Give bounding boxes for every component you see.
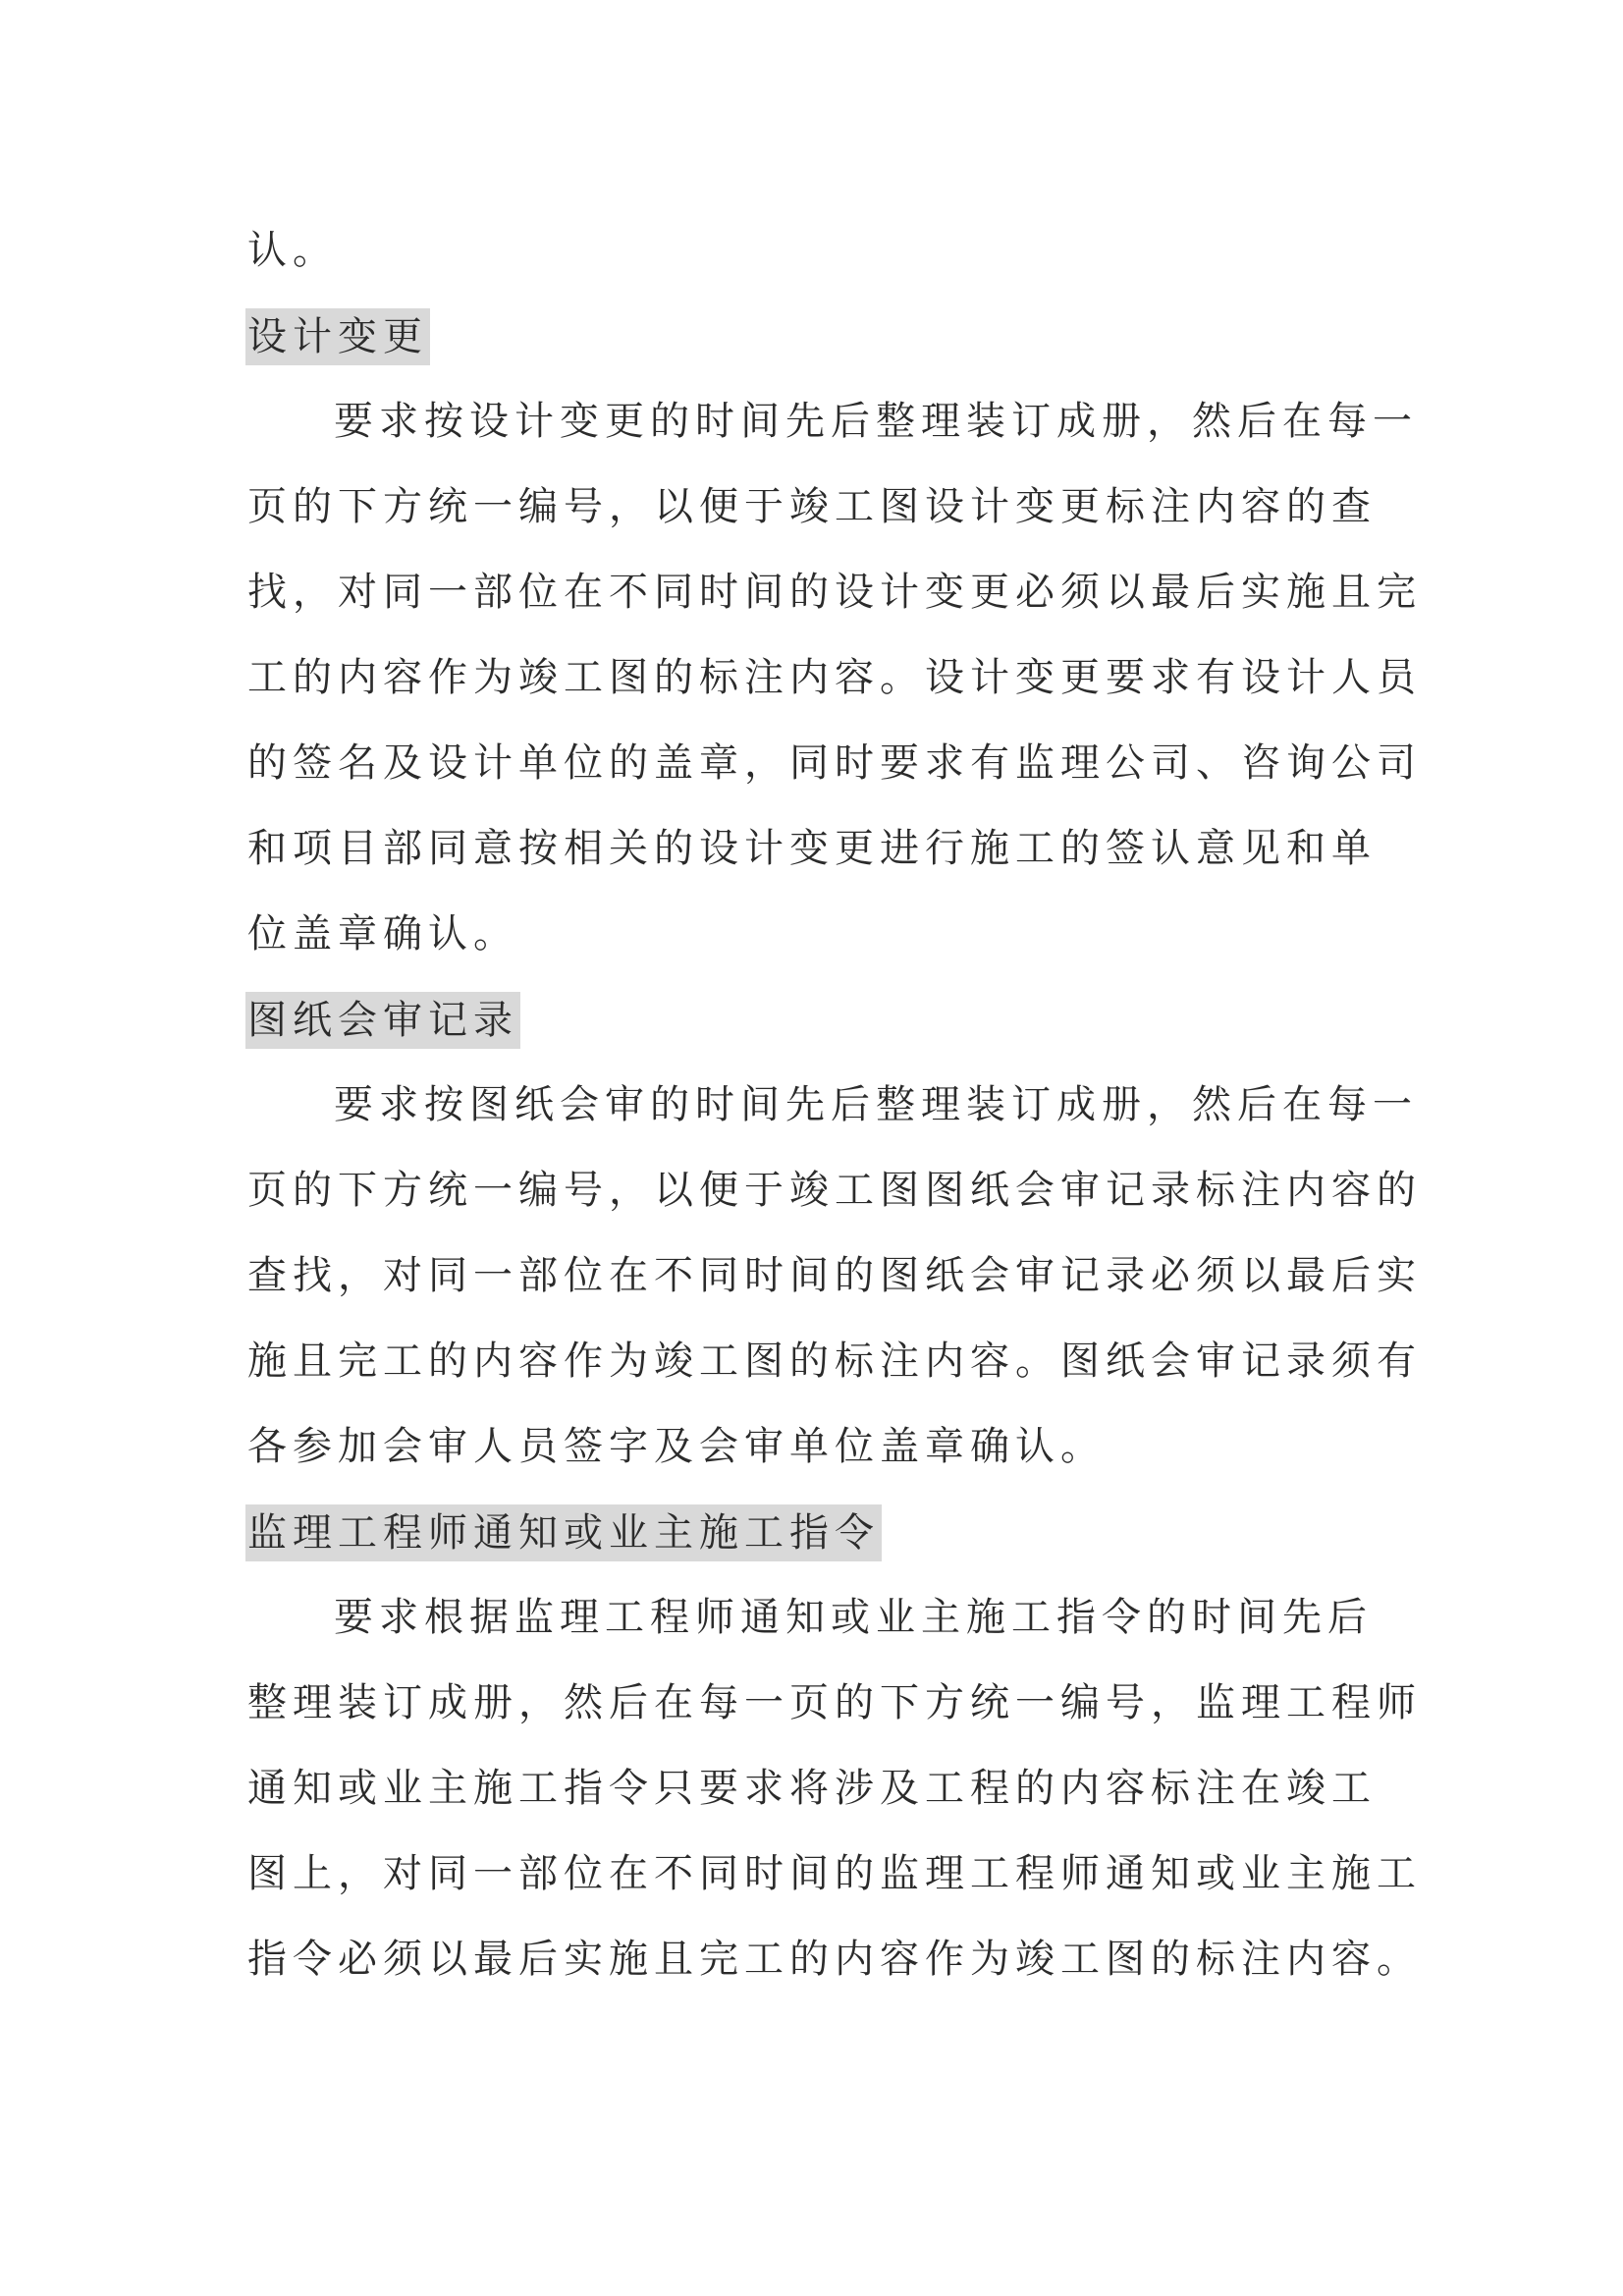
section-heading-row: 监理工程师通知或业主施工指令 xyxy=(247,1490,1386,1575)
section-heading-supervisor-notice: 监理工程师通知或业主施工指令 xyxy=(245,1504,882,1561)
section-heading-row: 图纸会审记录 xyxy=(247,977,1386,1063)
section-heading-design-change: 设计变更 xyxy=(245,308,430,365)
paragraph-line: 图上，对同一部位在不同时间的监理工程师通知或业主施工 xyxy=(247,1831,1386,1917)
paragraph-line: 页的下方统一编号，以便于竣工图设计变更标注内容的查 xyxy=(247,465,1386,550)
paragraph-line: 通知或业主施工指令只要求将涉及工程的内容标注在竣工 xyxy=(247,1746,1386,1831)
paragraph-drawing-review: 要求按图纸会审的时间先后整理装订成册，然后在每一 页的下方统一编号，以便于竣工图… xyxy=(247,1063,1386,1490)
paragraph-line: 要求按设计变更的时间先后整理装订成册，然后在每一 xyxy=(247,379,1386,465)
section-heading-drawing-review: 图纸会审记录 xyxy=(245,992,520,1049)
paragraph-line: 认。 xyxy=(247,208,1386,294)
paragraph-line: 要求按图纸会审的时间先后整理装订成册，然后在每一 xyxy=(247,1063,1386,1148)
paragraph-line: 整理装订成册，然后在每一页的下方统一编号，监理工程师 xyxy=(247,1661,1386,1746)
paragraph-line: 施且完工的内容作为竣工图的标注内容。图纸会审记录须有 xyxy=(247,1319,1386,1404)
paragraph-line: 要求根据监理工程师通知或业主施工指令的时间先后 xyxy=(247,1575,1386,1661)
paragraph-supervisor-notice: 要求根据监理工程师通知或业主施工指令的时间先后 整理装订成册，然后在每一页的下方… xyxy=(247,1575,1386,2002)
document-page: 认。 设计变更 要求按设计变更的时间先后整理装订成册，然后在每一 页的下方统一编… xyxy=(247,208,1386,2002)
paragraph-line: 位盖章确认。 xyxy=(247,892,1386,977)
paragraph-line: 各参加会审人员签字及会审单位盖章确认。 xyxy=(247,1404,1386,1490)
section-heading-row: 设计变更 xyxy=(247,294,1386,379)
paragraph-line: 指令必须以最后实施且完工的内容作为竣工图的标注内容。 xyxy=(247,1917,1386,2002)
paragraph-line: 查找，对同一部位在不同时间的图纸会审记录必须以最后实 xyxy=(247,1233,1386,1319)
paragraph-line: 工的内容作为竣工图的标注内容。设计变更要求有设计人员 xyxy=(247,635,1386,721)
paragraph-line: 页的下方统一编号，以便于竣工图图纸会审记录标注内容的 xyxy=(247,1148,1386,1233)
paragraph-line: 的签名及设计单位的盖章，同时要求有监理公司、咨询公司 xyxy=(247,721,1386,806)
paragraph-design-change: 要求按设计变更的时间先后整理装订成册，然后在每一 页的下方统一编号，以便于竣工图… xyxy=(247,379,1386,977)
paragraph-line: 和项目部同意按相关的设计变更进行施工的签认意见和单 xyxy=(247,806,1386,892)
paragraph-line: 找，对同一部位在不同时间的设计变更必须以最后实施且完 xyxy=(247,550,1386,635)
